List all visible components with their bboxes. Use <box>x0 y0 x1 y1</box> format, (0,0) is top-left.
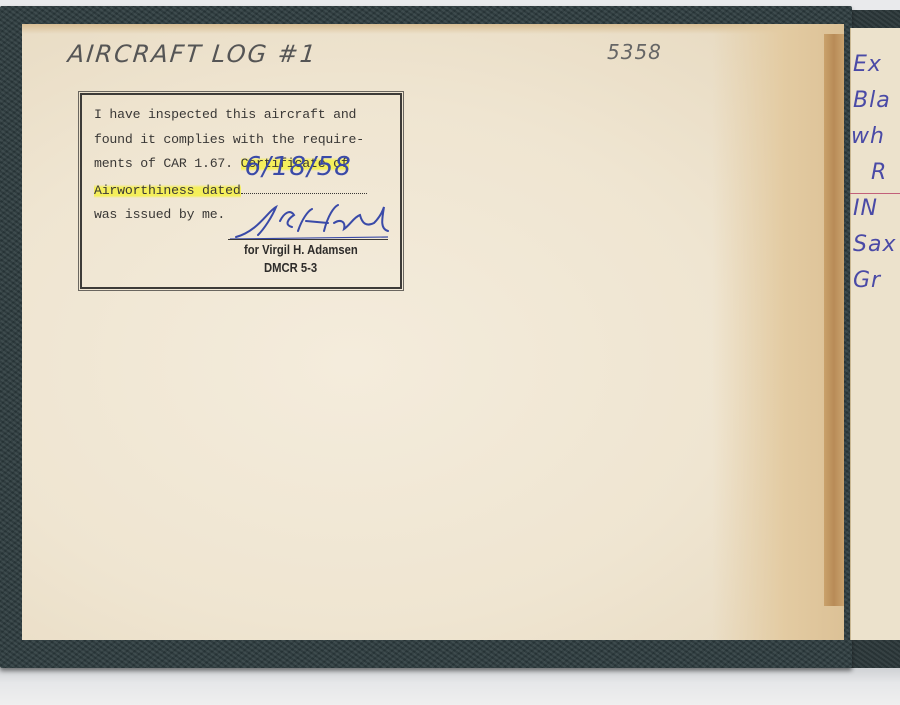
facing-page: Ex Bla wh R IN Sax Gr <box>850 28 900 640</box>
signer-code: DMCR 5-3 <box>264 261 317 275</box>
facing-line: wh <box>851 124 885 149</box>
stamp-line-2: found it complies with the require- <box>94 128 394 153</box>
facing-line: Gr <box>853 268 881 293</box>
scanner-background <box>0 668 900 705</box>
facing-line: Ex <box>853 52 882 77</box>
inspection-stamp: I have inspected this aircraft and found… <box>80 93 402 289</box>
date-field: 6/18/58 <box>241 177 367 194</box>
handwritten-title: AIRCRAFT LOG #1 <box>67 40 319 68</box>
highlighted-airworthiness: Airworthiness dated <box>94 183 241 198</box>
handwritten-date: 6/18/58 <box>245 155 352 180</box>
signer-name: for Virgil H. Adamsen <box>244 243 358 257</box>
facing-line: IN <box>853 196 878 221</box>
facing-line: Sax <box>853 232 896 257</box>
page-number: 5358 <box>607 40 662 64</box>
stamp-line-4: Airworthiness dated6/18/58 <box>94 177 394 204</box>
facing-line: Bla <box>853 88 891 113</box>
tape-strip <box>824 34 844 606</box>
stamp-line-3a: ments of CAR 1.67. <box>94 156 241 171</box>
signature-icon <box>228 201 398 241</box>
signature-line <box>228 239 388 240</box>
facing-line: R <box>871 160 887 185</box>
stamp-line-1: I have inspected this aircraft and <box>94 103 394 128</box>
red-margin-rule <box>850 193 900 194</box>
